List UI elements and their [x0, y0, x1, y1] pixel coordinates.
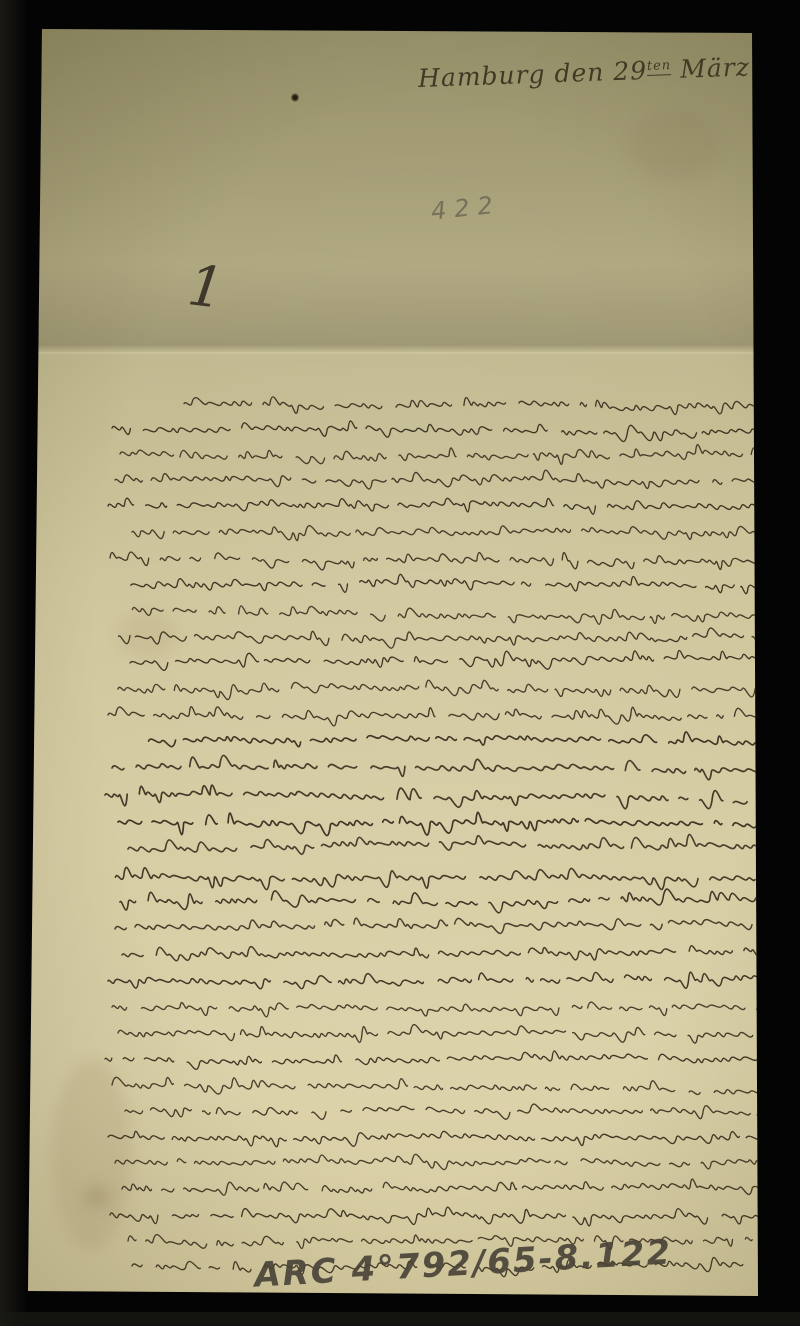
paper-vignette — [0, 0, 800, 1326]
scan-edge-shadow-bottom — [0, 1312, 800, 1326]
letter-paper: Hamburg den 29ten März. 422 1 ARC 4°792/… — [0, 0, 800, 1326]
photo-background: Hamburg den 29ten März. 422 1 ARC 4°792/… — [0, 0, 800, 1326]
scan-edge-shadow-left — [0, 0, 28, 1326]
